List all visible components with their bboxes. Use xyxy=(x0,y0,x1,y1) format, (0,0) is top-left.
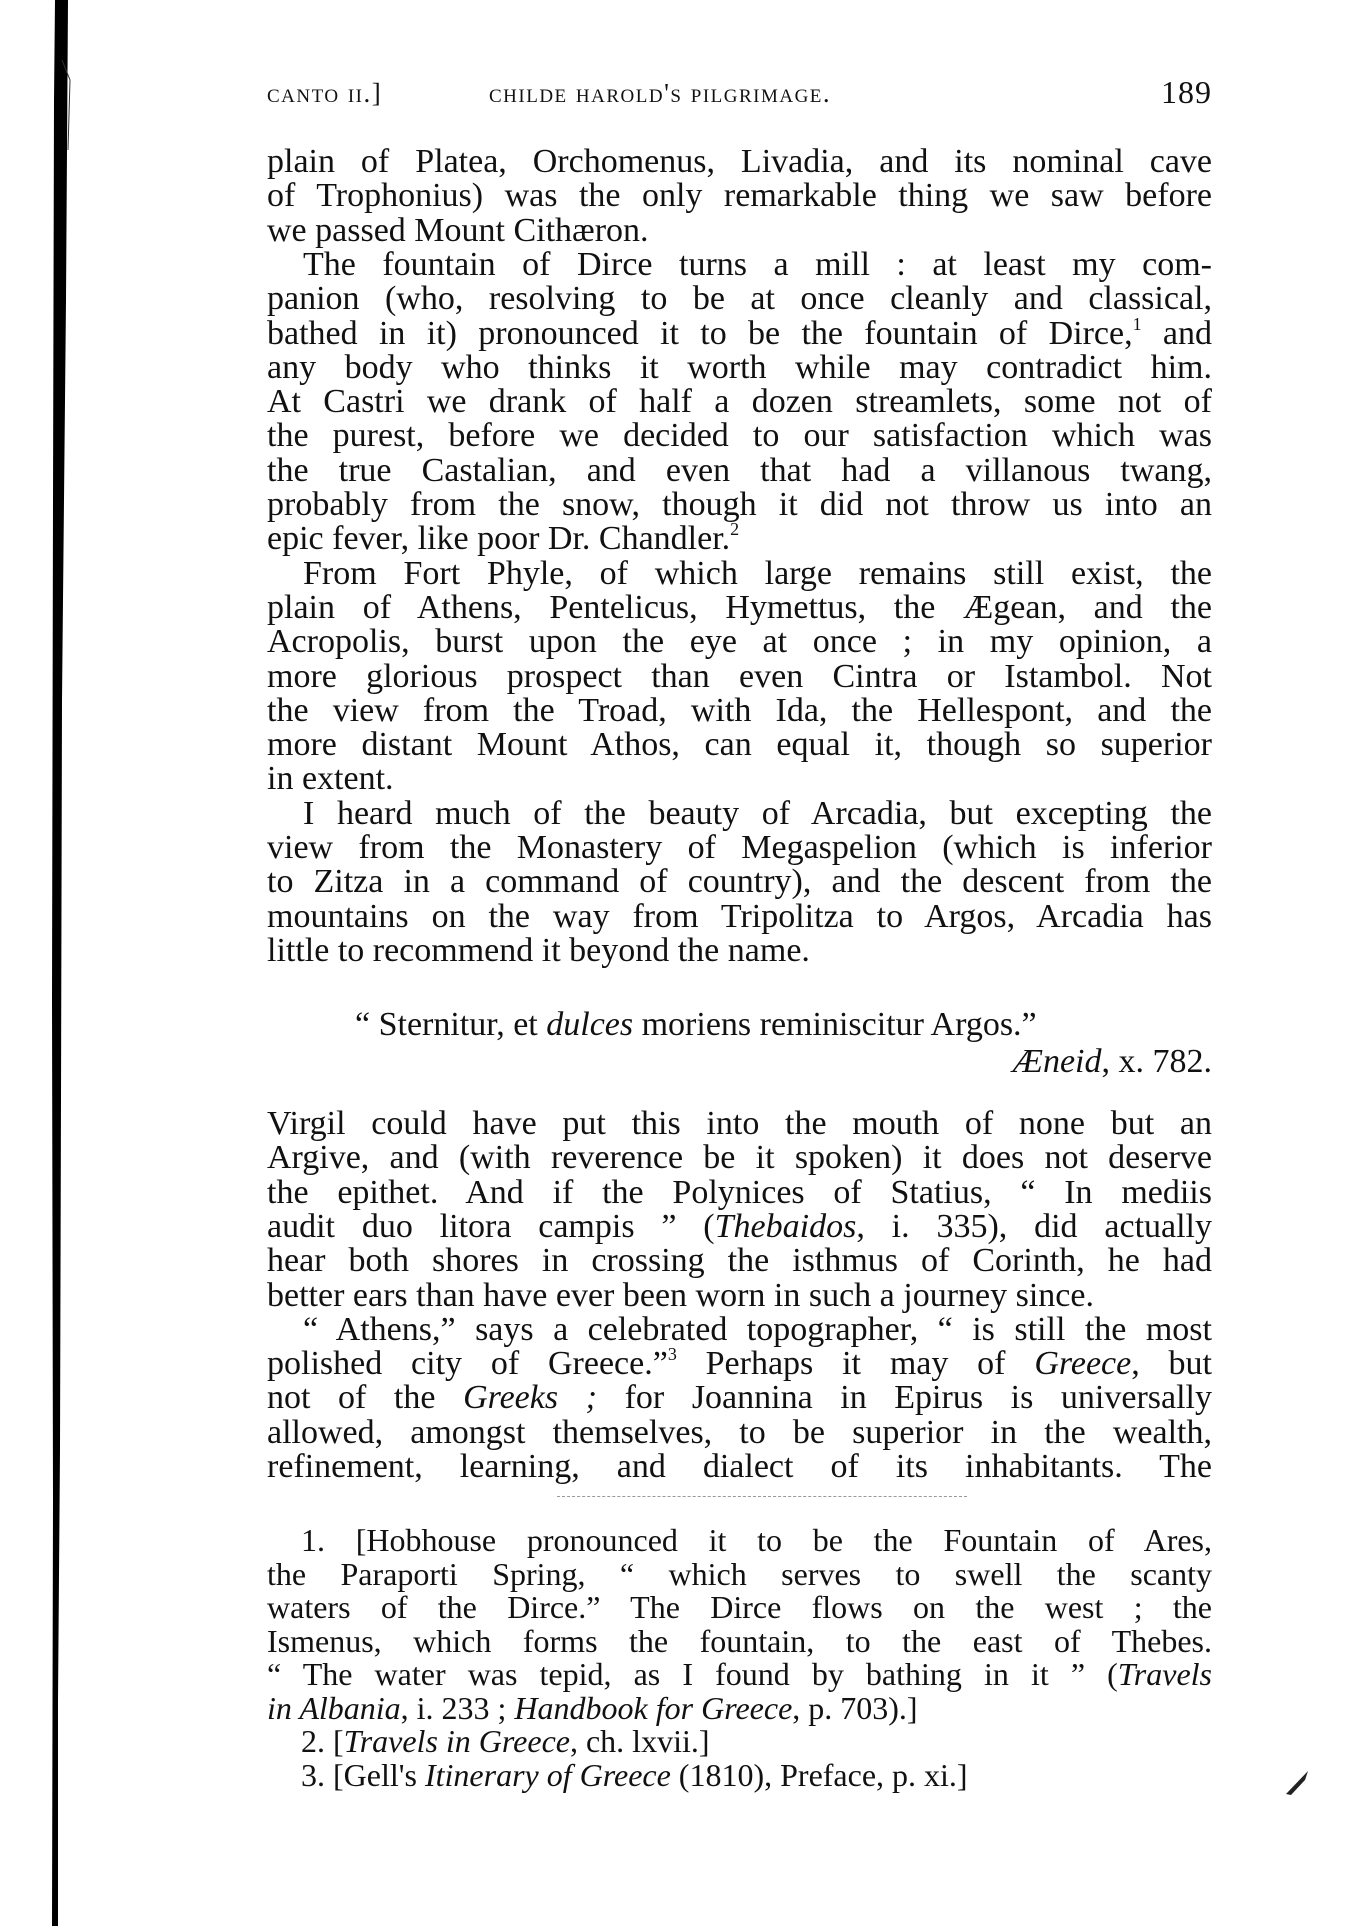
scan-speck xyxy=(1283,1768,1313,1798)
book-title: CHILDE HAROLD'S PILGRIMAGE. xyxy=(489,78,831,109)
footnote-separator xyxy=(557,1496,967,1497)
text-line: bathed in it) pronounced it to be the fo… xyxy=(267,316,1212,352)
footnote-line: Ismenus, which forms the fountain, to th… xyxy=(267,1623,1212,1659)
footnote-line: 1. [Hobhouse pronounced it to be the Fou… xyxy=(301,1522,1212,1558)
text-run: Virgil could have put this into the mout… xyxy=(267,1105,1212,1142)
text-line: Acropolis, burst upon the eye at once ; … xyxy=(267,624,1212,660)
text-run: not of the xyxy=(267,1379,463,1416)
text-run: hear both shores in crossing the isthmus… xyxy=(267,1242,1212,1279)
text-run: the Paraporti Spring, “ which serves to … xyxy=(267,1556,1212,1592)
running-header: CANTO II.] CHILDE HAROLD'S PILGRIMAGE. 1… xyxy=(267,78,1212,118)
text-run: Ismenus, which forms the fountain, to th… xyxy=(267,1623,1212,1659)
text-run: , ch. lxvii.] xyxy=(570,1723,710,1759)
text-line: better ears than have ever been worn in … xyxy=(267,1278,1212,1314)
text-line: any body who thinks it worth while may c… xyxy=(267,350,1212,386)
text-line: the true Castalian, and even that had a … xyxy=(267,453,1212,489)
canto-label: CANTO II.] xyxy=(267,78,382,109)
text-run: 1. [Hobhouse pronounced it to be the Fou… xyxy=(301,1522,1212,1558)
text-line: From Fort Phyle, of which large remains … xyxy=(303,556,1212,592)
text-line: we passed Mount Cithæron. xyxy=(267,213,1212,249)
text-run: , but xyxy=(1131,1345,1212,1382)
text-line: I heard much of the beauty of Arcadia, b… xyxy=(303,796,1212,832)
italic-text: Itinerary of Greece xyxy=(425,1757,671,1793)
text-line: panion (who, resolving to be at once cle… xyxy=(267,281,1212,317)
text-run: Perhaps it may of xyxy=(677,1345,1035,1382)
footnote-line: the Paraporti Spring, “ which serves to … xyxy=(267,1556,1212,1592)
italic-text: in Albania xyxy=(267,1690,401,1726)
footnote-reference[interactable]: 1 xyxy=(1133,314,1142,334)
text-run: , p. 703).] xyxy=(792,1690,917,1726)
text-line: allowed, amongst themselves, to be super… xyxy=(267,1415,1212,1451)
text-run: 3. [Gell's xyxy=(301,1757,425,1793)
text-line: little to recommend it beyond the name. xyxy=(267,933,1212,969)
text-line: in extent. xyxy=(267,761,1212,797)
text-line: not of the Greeks ; for Joannina in Epir… xyxy=(267,1380,1212,1416)
text-line: to Zitza in a command of country), and t… xyxy=(267,864,1212,900)
footnote-line: in Albania, i. 233 ; Handbook for Greece… xyxy=(267,1690,1212,1726)
footnote-line: 2. [Travels in Greece, ch. lxvii.] xyxy=(301,1723,710,1759)
text-run: “ Athens,” says a celebrated topographer… xyxy=(303,1311,1212,1348)
italic-text: Greeks ; xyxy=(463,1379,597,1416)
footnote-reference[interactable]: 3 xyxy=(668,1344,677,1364)
text-line: of Trophonius) was the only remarkable t… xyxy=(267,178,1212,214)
text-line: refinement, learning, and dialect of its… xyxy=(267,1449,1212,1485)
italic-text: Travels in Greece xyxy=(344,1723,570,1759)
text-line: mountains on the way from Tripolitza to … xyxy=(267,899,1212,935)
footnote-line: 3. [Gell's Itinerary of Greece (1810), P… xyxy=(301,1757,968,1793)
text-line: polished city of Greece.”3 Perhaps it ma… xyxy=(267,1346,1212,1382)
text-line: The fountain of Dirce turns a mill : at … xyxy=(303,247,1212,283)
text-line: the view from the Troad, with Ida, the H… xyxy=(267,693,1212,729)
text-line: plain of Athens, Pentelicus, Hymettus, t… xyxy=(267,590,1212,626)
text-run: allowed, amongst themselves, to be super… xyxy=(267,1414,1212,1451)
latin-quotation: “ Sternitur, et dulces moriens reminisci… xyxy=(355,1006,1037,1044)
text-line: the purest, before we decided to our sat… xyxy=(267,418,1212,454)
italic-text: Travels xyxy=(1118,1656,1212,1692)
text-run: better ears than have ever been worn in … xyxy=(267,1277,1094,1314)
text-run: the epithet. And if the Polynices of Sta… xyxy=(267,1174,1212,1211)
text-line: At Castri we drank of half a dozen strea… xyxy=(267,384,1212,420)
text-line: hear both shores in crossing the isthmus… xyxy=(267,1243,1212,1279)
footnote-line: “ The water was tepid, as I found by bat… xyxy=(267,1656,1212,1692)
italic-text: Greece xyxy=(1034,1345,1131,1382)
text-run: waters of the Dirce.” The Dirce flows on… xyxy=(267,1589,1212,1625)
page-binding-shadow xyxy=(48,0,78,1926)
text-run: refinement, learning, and dialect of its… xyxy=(267,1448,1212,1485)
text-run: “ The water was tepid, as I found by bat… xyxy=(267,1656,1118,1692)
text-line: “ Athens,” says a celebrated topographer… xyxy=(303,1312,1212,1348)
text-line: probably from the snow, though it did no… xyxy=(267,487,1212,523)
text-run: audit duo litora campis ” ( xyxy=(267,1208,715,1245)
text-line: epic fever, like poor Dr. Chandler.2 xyxy=(267,521,1212,557)
text-line: Virgil could have put this into the mout… xyxy=(267,1106,1212,1142)
text-line: audit duo litora campis ” (Thebaidos, i.… xyxy=(267,1209,1212,1245)
text-line: plain of Platea, Orchomenus, Livadia, an… xyxy=(267,144,1212,180)
text-run: Argive, and (with reverence be it spoken… xyxy=(267,1139,1212,1176)
footnote-line: waters of the Dirce.” The Dirce flows on… xyxy=(267,1589,1212,1625)
page-number: 189 xyxy=(1161,74,1212,111)
text-line: the epithet. And if the Polynices of Sta… xyxy=(267,1175,1212,1211)
text-run: 2. [ xyxy=(301,1723,344,1759)
text-run: , i. 233 ; xyxy=(401,1690,515,1726)
text-run: polished city of Greece.” xyxy=(267,1345,668,1382)
text-run: for Joannina in Epirus is universally xyxy=(597,1379,1212,1416)
text-line: view from the Monastery of Megaspelion (… xyxy=(267,830,1212,866)
italic-text: Handbook for Greece xyxy=(514,1690,792,1726)
text-line: more distant Mount Athos, can equal it, … xyxy=(267,727,1212,763)
text-line: Argive, and (with reverence be it spoken… xyxy=(267,1140,1212,1176)
quotation-citation: Æneid, x. 782. xyxy=(1013,1043,1212,1081)
text-run: , i. 335), did actually xyxy=(856,1208,1212,1245)
italic-text: Thebaidos xyxy=(715,1208,857,1245)
footnote-reference[interactable]: 2 xyxy=(730,519,739,539)
text-line: more glorious prospect than even Cintra … xyxy=(267,659,1212,695)
text-run: (1810), Preface, p. xi.] xyxy=(671,1757,968,1793)
